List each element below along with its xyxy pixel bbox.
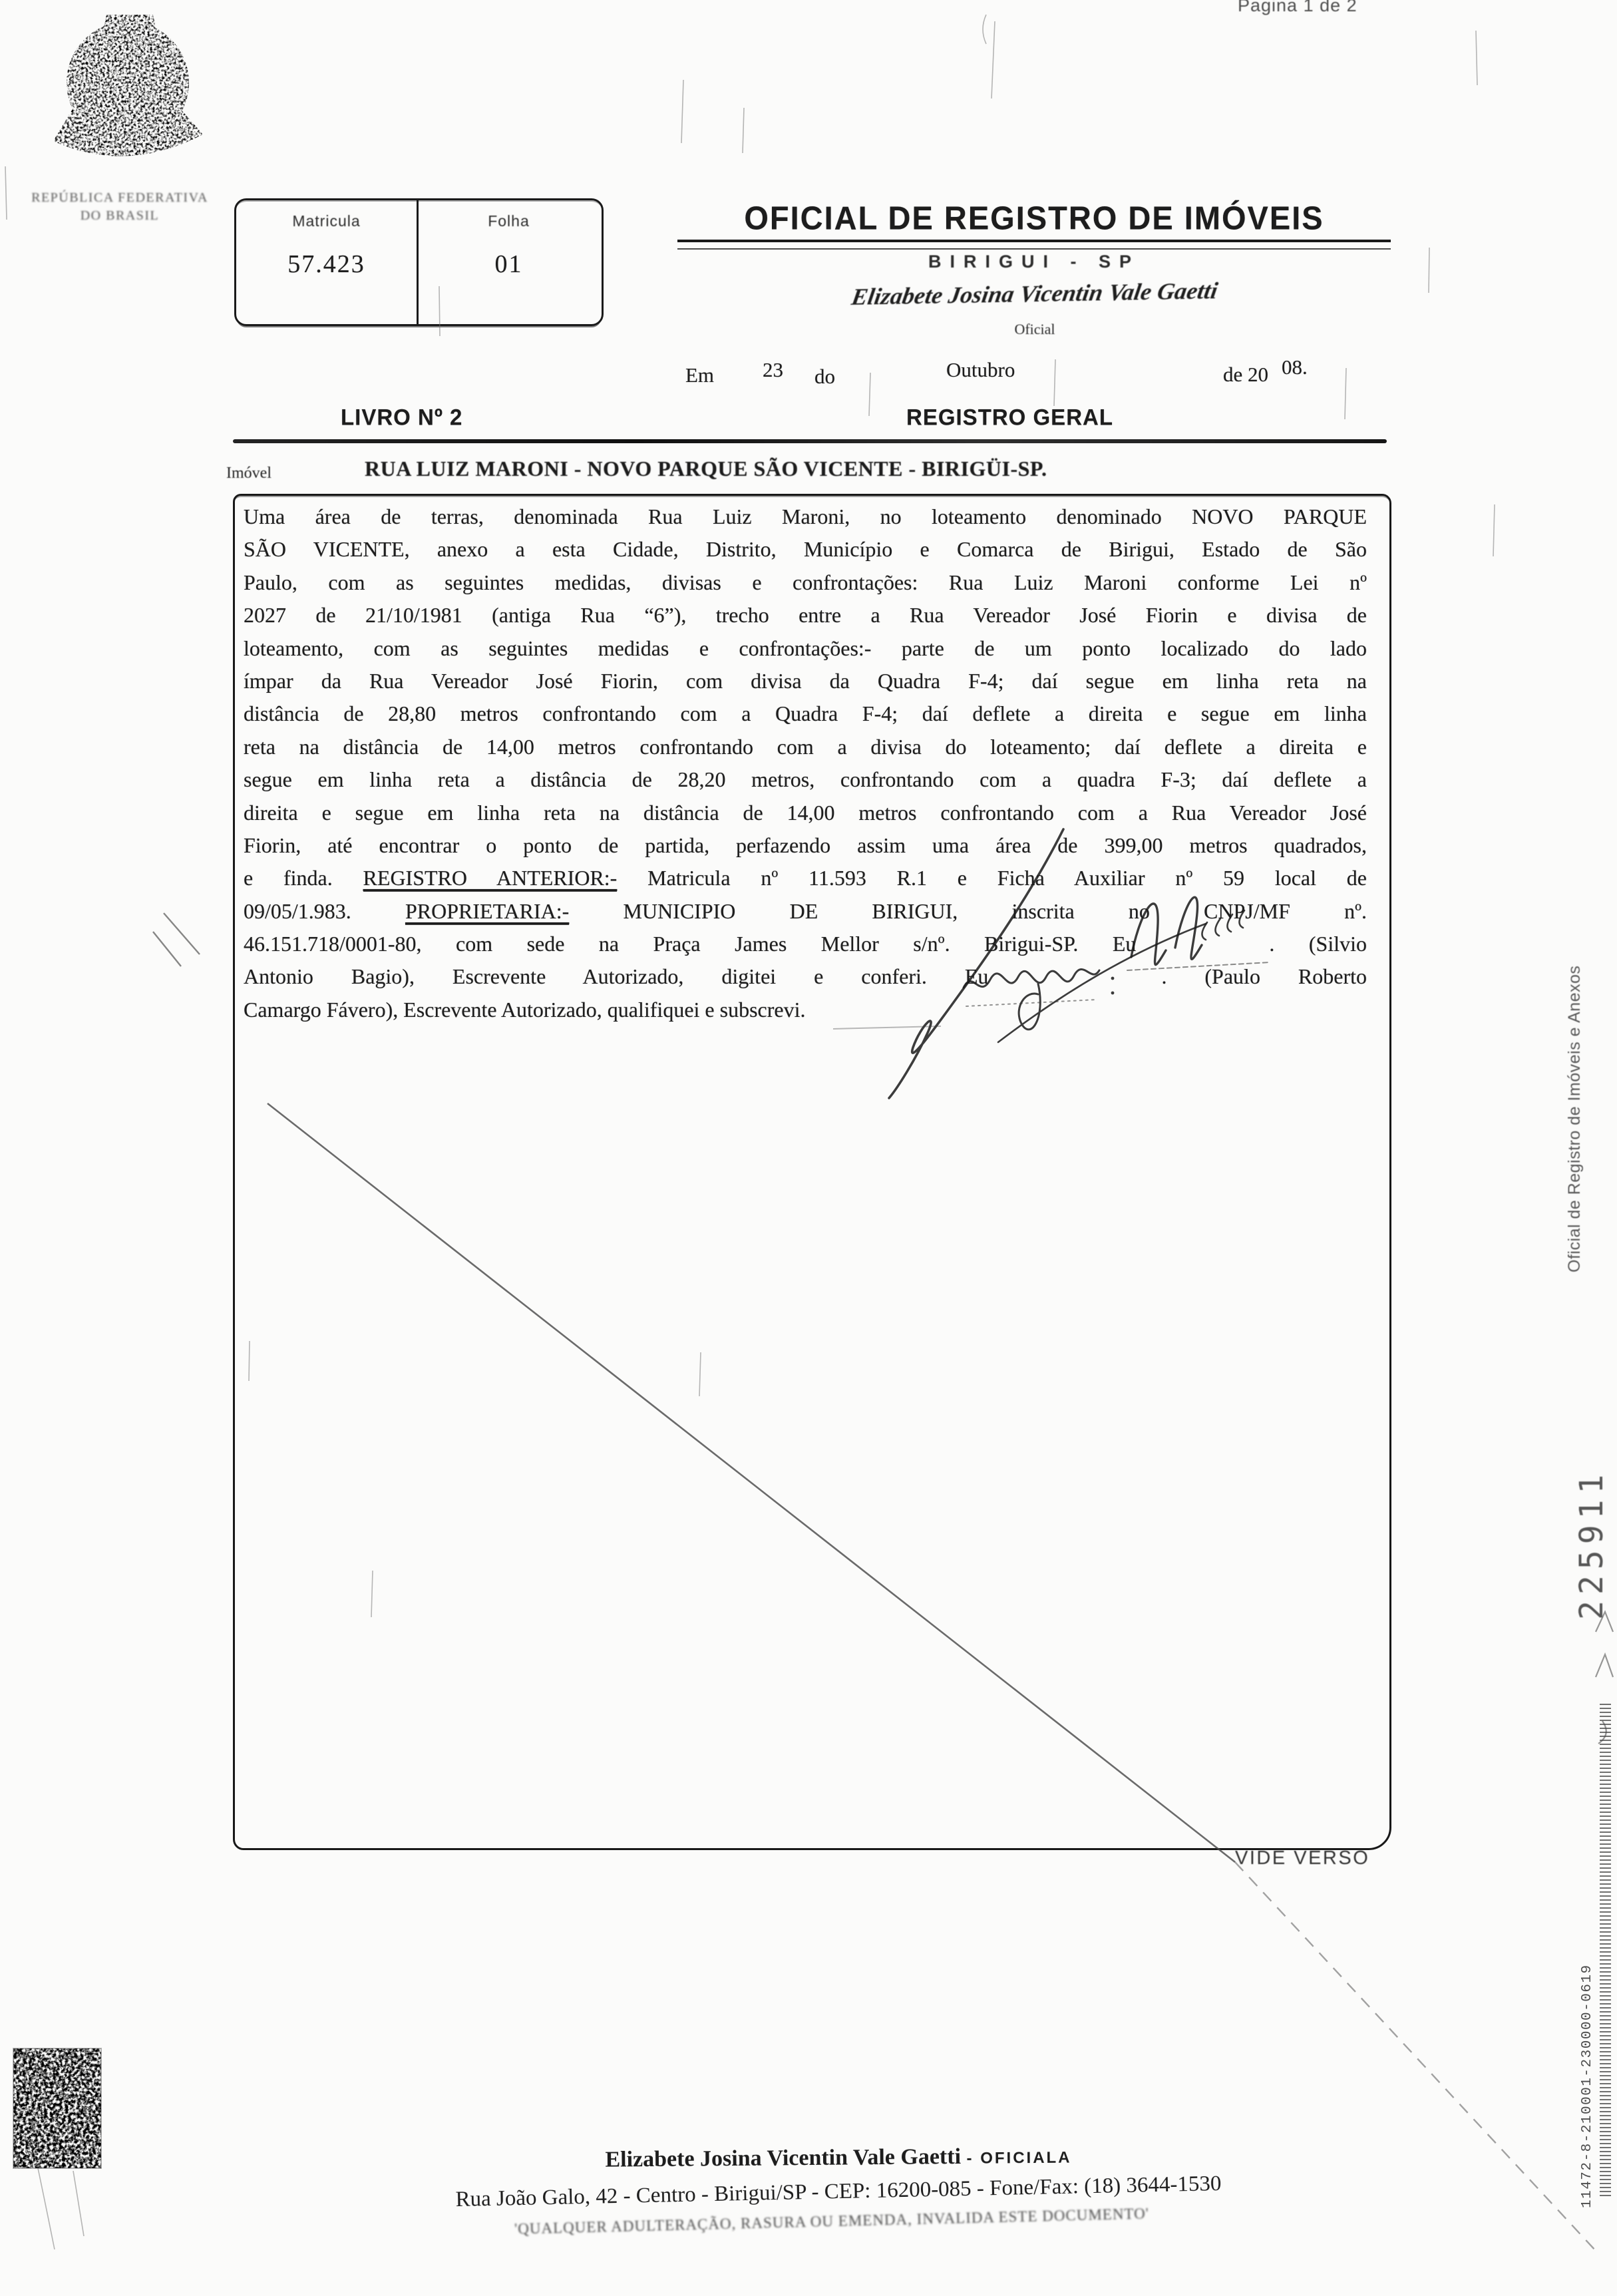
body-segment: Uma área de terras, denominada Rua Luiz …: [244, 504, 1367, 528]
body-segment: Fiorin, até encontrar o ponto de partida…: [244, 833, 1367, 857]
margin-protocol-number: 225911: [1573, 1469, 1610, 1620]
body-line: segue em linha reta a distância de 28,20…: [244, 763, 1367, 796]
date-century: de 20: [1223, 363, 1268, 387]
body-segment: loteamento, com as seguintes medidas e c…: [244, 636, 1367, 660]
body-segment: direita e segue em linha reta na distânc…: [244, 801, 1367, 825]
general-register-label: REGISTRO GERAL: [906, 404, 1113, 431]
republic-crest-icon: [27, 8, 226, 178]
header-divider-rule: [233, 439, 1387, 443]
page-number-label: Pagina 1 de 2: [1238, 0, 1357, 16]
property-address-title: RUA LUIZ MARONI - NOVO PARQUE SÃO VICENT…: [365, 457, 1047, 481]
body-line: e finda. REGISTRO ANTERIOR:- Matricula n…: [244, 862, 1367, 894]
body-line: distância de 28,80 metros confrontando c…: [244, 697, 1367, 730]
body-segment: PROPRIETARIA:-: [405, 899, 569, 925]
matricula-value: 57.423: [236, 250, 417, 279]
body-line: 2027 de 21/10/1981 (antiga Rua “6”), tre…: [244, 599, 1367, 632]
body-segment: Antonio Bagio), Escrevente Autorizado, d…: [244, 964, 988, 988]
body-line: Uma área de terras, denominada Rua Luiz …: [244, 500, 1367, 533]
body-segment: e finda.: [244, 866, 363, 890]
body-line: Antonio Bagio), Escrevente Autorizado, d…: [244, 960, 1367, 993]
body-segment: Paulo, com as seguintes medidas, divisas…: [244, 570, 1367, 594]
body-line: direita e segue em linha reta na distânc…: [244, 797, 1367, 829]
margin-department-label: Oficial de Registro de Imóveis e Anexos: [1565, 966, 1584, 1272]
body-line: SÃO VICENTE, anexo a esta Cidade, Distri…: [244, 533, 1367, 566]
registry-city: BIRIGUI - SP: [677, 252, 1391, 272]
body-segment: Camargo Fávero), Escrevente Autorizado, …: [244, 998, 805, 1022]
body-segment: 46.151.718/0001-80, com sede na Praça Ja…: [244, 932, 1136, 956]
margin-barcode: [1600, 1704, 1611, 2196]
date-month: Outubro: [946, 358, 1015, 382]
body-segment: Matricula nº 11.593 R.1 e Ficha Auxiliar…: [617, 866, 1367, 890]
footer-officer-role: - OFICIALA: [966, 2149, 1071, 2168]
body-segment: REGISTRO ANTERIOR:-: [363, 866, 618, 892]
body-line: ímpar da Rua Vereador José Fiorin, com d…: [244, 665, 1367, 697]
vide-verso-note: VIDE VERSO: [1235, 1847, 1369, 1869]
body-line: Camargo Fávero), Escrevente Autorizado, …: [244, 994, 1367, 1026]
folha-label: Folha: [419, 212, 599, 230]
body-segment: distância de 28,80 metros confrontando c…: [244, 701, 1367, 725]
officer-signature-name: Elizabete Josina Vicentin Vale Gaetti: [762, 275, 1307, 312]
body-line: Fiorin, até encontrar o ponto de partida…: [244, 829, 1367, 862]
body-line: Paulo, com as seguintes medidas, divisas…: [244, 566, 1367, 599]
footer-officer-name: Elizabete Josina Vicentin Vale Gaetti: [605, 2144, 961, 2172]
body-segment: 09/05/1.983.: [244, 899, 405, 923]
body-segment: 2027 de 21/10/1981 (antiga Rua “6”), tre…: [244, 603, 1367, 627]
registry-document-page: REPÚBLICA FEDERATIVA DO BRASIL Matricula…: [0, 0, 1617, 2296]
body-segment: segue em linha reta a distância de 28,20…: [244, 767, 1367, 791]
officer-role: Oficial: [765, 321, 1304, 338]
matricula-label: Matricula: [236, 212, 417, 230]
body-text: Uma área de terras, denominada Rua Luiz …: [244, 500, 1367, 1026]
matricula-folha-box: Matricula Folha 57.423 01: [234, 198, 604, 326]
title-underline: [677, 240, 1391, 250]
body-line: reta na distância de 14,00 metros confro…: [244, 731, 1367, 763]
body-segment: . (Silvio: [1269, 932, 1367, 956]
body-segment: MUNICIPIO DE BIRIGUI, inscrita no CNPJ/M…: [569, 899, 1367, 923]
date-year: 08.: [1282, 355, 1308, 379]
folha-value: 01: [419, 250, 599, 279]
signature-gap: [988, 982, 1161, 984]
date-day: 23: [763, 358, 783, 382]
registry-office-title: OFICIAL DE REGISTRO DE IMÓVEIS: [677, 199, 1391, 237]
body-segment: reta na distância de 14,00 metros confro…: [244, 735, 1367, 759]
body-line: 09/05/1.983. PROPRIETARIA:- MUNICIPIO DE…: [244, 895, 1367, 928]
crest-caption-line1: REPÚBLICA FEDERATIVA: [3, 189, 237, 207]
body-segment: ímpar da Rua Vereador José Fiorin, com d…: [244, 669, 1367, 693]
body-segment: . (Paulo Roberto: [1161, 964, 1367, 988]
crest-caption: REPÚBLICA FEDERATIVA DO BRASIL: [3, 189, 237, 225]
date-de: do: [814, 365, 835, 389]
date-prefix: Em: [685, 363, 714, 387]
crest-caption-line2: DO BRASIL: [3, 207, 237, 225]
body-segment: SÃO VICENTE, anexo a esta Cidade, Distri…: [244, 537, 1367, 561]
book-number-label: LIVRO Nº 2: [341, 404, 462, 431]
margin-hatch-marks: [153, 913, 200, 966]
body-line: 46.151.718/0001-80, com sede na Praça Ja…: [244, 928, 1367, 960]
body-line: loteamento, com as seguintes medidas e c…: [244, 632, 1367, 665]
property-field-label: Imóvel: [226, 465, 271, 482]
signature-gap: [1136, 950, 1269, 951]
